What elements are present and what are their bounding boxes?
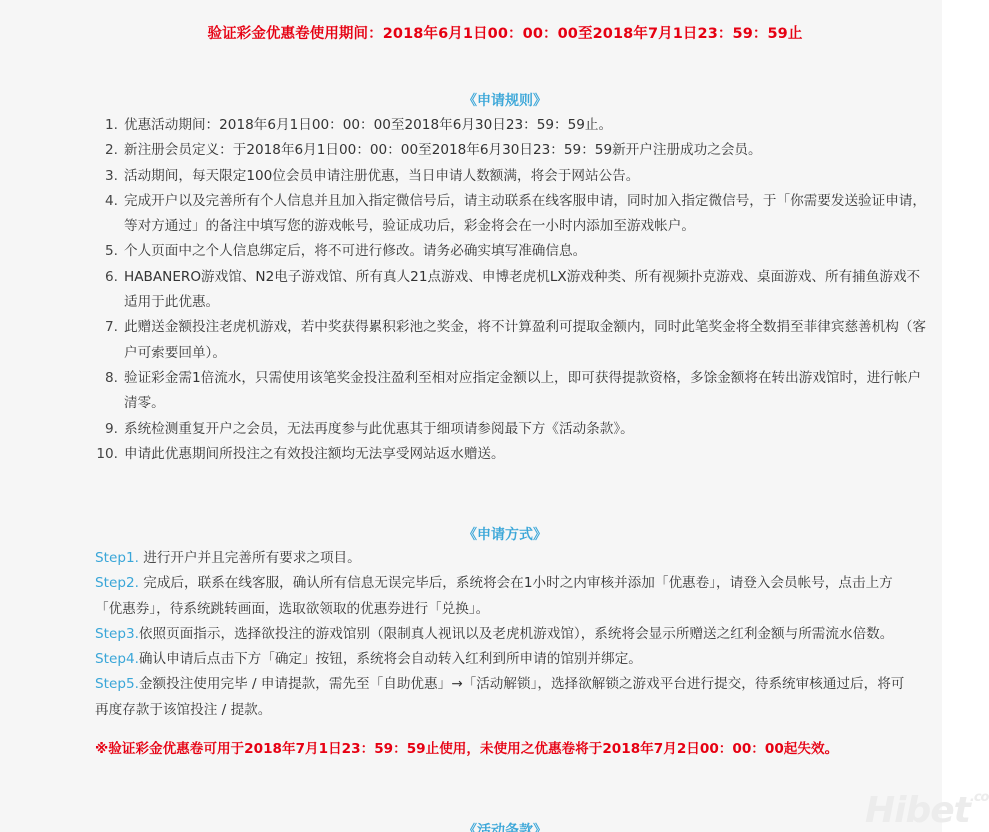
step-label: Step2. <box>95 575 143 591</box>
step-label: Step4. <box>95 651 139 667</box>
rules-section-title: 《申请规则》 <box>0 90 989 110</box>
rule-item: 6.HABANERO游戏馆、N2电子游戏馆、所有真人21点游戏、申博老虎机LX游… <box>100 265 930 316</box>
step-item: Step2. 完成后，联系在线客服，确认所有信息无误完毕后，系统将会在1小时之内… <box>95 571 915 622</box>
terms-section-title: 《活动条款》 <box>0 820 989 832</box>
step-item: Step3.依照页面指示，选择欲投注的游戏馆别（限制真人视讯以及老虎机游戏馆），… <box>95 622 915 647</box>
content-panel: 验证彩金优惠卷使用期间：2018年6月1日00：00：00至2018年7月1日2… <box>0 0 942 832</box>
rule-item: 9.系统检测重复开户之会员，无法再度参与此优惠其于细项请参阅最下方《活动条款》。 <box>100 417 930 442</box>
step-item: Step5.金额投注使用完毕 / 申请提款，需先至「自助优惠」→「活动解锁」，选… <box>95 672 915 723</box>
rules-list: 1.优惠活动期间：2018年6月1日00：00：00至2018年6月30日23：… <box>100 113 930 467</box>
step-item: Step4.确认申请后点击下方「确定」按钮，系统将会自动转入红利到所申请的馆别并… <box>95 647 915 672</box>
rule-item: 5.个人页面中之个人信息绑定后，将不可进行修改。请务必确实填写准确信息。 <box>100 239 930 264</box>
rule-item: 4.完成开户以及完善所有个人信息并且加入指定微信号后，请主动联系在线客服申请，同… <box>100 189 930 240</box>
apply-steps: Step1. 进行开户并且完善所有要求之项目。 Step2. 完成后，联系在线客… <box>95 546 915 776</box>
expiry-notice: ※验证彩金优惠卷可用于2018年7月1日23：59：59止使用，未使用之优惠卷将… <box>95 737 915 762</box>
validity-period-banner: 验证彩金优惠卷使用期间：2018年6月1日00：00：00至2018年7月1日2… <box>0 22 989 43</box>
watermark-logo: Hibet.com <box>865 790 989 831</box>
step-label: Step1. <box>95 550 143 566</box>
rule-item: 10.申请此优惠期间所投注之有效投注额均无法享受网站返水赠送。 <box>100 442 930 467</box>
rule-item: 8.验证彩金需1倍流水，只需使用该笔奖金投注盈利至相对应指定金额以上，即可获得提… <box>100 366 930 417</box>
step-label: Step5. <box>95 676 139 692</box>
rule-item: 3.活动期间，每天限定100位会员申请注册优惠，当日申请人数额满，将会于网站公告… <box>100 164 930 189</box>
rule-item: 7.此赠送金额投注老虎机游戏，若中奖获得累积彩池之奖金，将不计算盈利可提取金额内… <box>100 315 930 366</box>
apply-section-title: 《申请方式》 <box>0 524 989 544</box>
step-item: Step1. 进行开户并且完善所有要求之项目。 <box>95 546 915 571</box>
rule-item: 1.优惠活动期间：2018年6月1日00：00：00至2018年6月30日23：… <box>100 113 930 138</box>
rule-item: 2.新注册会员定义：于2018年6月1日00：00：00至2018年6月30日2… <box>100 138 930 163</box>
step-label: Step3. <box>95 626 139 642</box>
